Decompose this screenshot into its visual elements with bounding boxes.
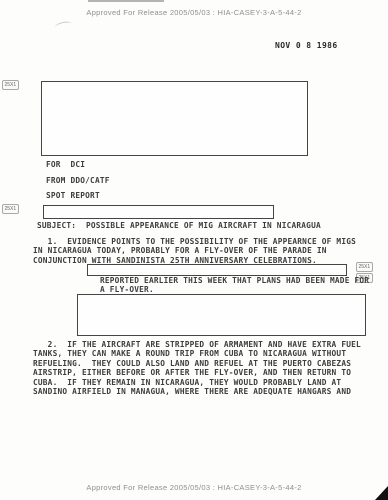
header-release-note: Approved For Release 2005/05/03 : HIA-CA… [0, 8, 388, 17]
scan-smudge-artifact [54, 20, 72, 30]
report-type-line: SPOT REPORT [46, 191, 100, 200]
scan-edge-artifact [88, 0, 164, 2]
date-stamp: NOV 0 8 1986 [275, 41, 338, 50]
subject-line: SUBJECT: POSSIBLE APPEARANCE OF MIG AIRC… [37, 221, 321, 230]
classification-marker-25x1-left-2: 25X1 [2, 204, 19, 214]
routing-for-line: FOR DCI [46, 160, 85, 169]
redaction-box-2 [43, 205, 274, 219]
redacted-insert-text: REPORTED EARLIER THIS WEEK THAT PLANS HA… [100, 276, 369, 295]
classification-marker-25x1-left-1: 25X1 [2, 80, 19, 90]
redaction-box-1 [41, 81, 308, 156]
footer-release-note: Approved For Release 2005/05/03 : HIA-CA… [0, 483, 388, 492]
document-page: Approved For Release 2005/05/03 : HIA-CA… [0, 0, 388, 500]
paragraph-1: 1. EVIDENCE POINTS TO THE POSSIBILITY OF… [33, 237, 356, 265]
paragraph-2: 2. IF THE AIRCRAFT ARE STRIPPED OF ARMAM… [33, 340, 361, 396]
routing-from-line: FROM DDO/CATF [46, 176, 110, 185]
redaction-box-3 [87, 264, 347, 276]
classification-marker-25x1-right-1: 25X1 [356, 262, 373, 272]
redaction-box-4 [77, 294, 366, 336]
